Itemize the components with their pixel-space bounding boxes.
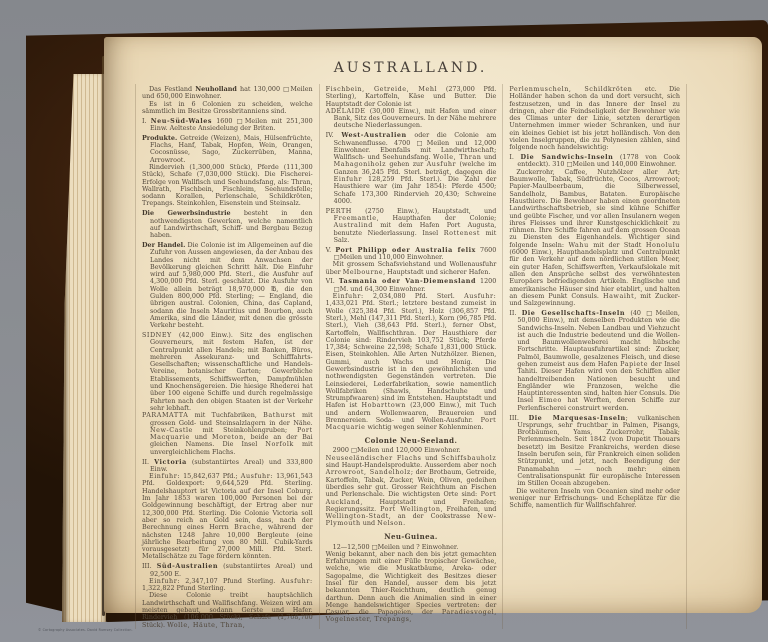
text-paragraph: Diese Colonie treibt hauptsächlich Landw… <box>142 592 313 628</box>
text-paragraph: Einfuhr: 2,034,080 Pfd. Sterl. Ausfuhr: … <box>326 293 497 432</box>
page-title: AUSTRALLAND. <box>135 60 686 76</box>
text-paragraph: I. Neu-Süd-Wales 1600 □Meilen mit 251,30… <box>142 118 313 133</box>
text-paragraph: III. Süd-Australien (substantiirtes Area… <box>142 563 313 578</box>
text-paragraph: PARAMATTA mit Tuchfabriken, Bathurst mit… <box>142 412 313 456</box>
text-column-3: Perlenmuscheln, Schildkröten etc. Die Ho… <box>503 84 687 629</box>
text-paragraph: PERTH (2750 Einw.), Hauptstadt, und Free… <box>326 208 497 244</box>
text-paragraph: Das Festland Neuholland hat 130,000 □Mei… <box>142 86 313 101</box>
text-paragraph: Der Handel. Die Colonie ist im Allgemein… <box>142 242 313 330</box>
text-block: Das Festland Neuholland hat 130,000 □Mei… <box>135 84 687 629</box>
text-paragraph: III. Die Marquesas-Inseln; vulkanischen … <box>509 415 680 488</box>
photo-background: AUSTRALLAND. Das Festland Neuholland hat… <box>0 0 768 642</box>
text-paragraph: ADELAIDE (30,000 Einw.), mit Hafen und e… <box>326 108 497 130</box>
text-paragraph: V. Port Philipp oder Australia felix 760… <box>326 247 497 262</box>
text-paragraph: I. Die Sandwichs-Inseln (1778 von Cook e… <box>509 154 680 169</box>
section-heading: Neu-Guinea. <box>326 533 497 540</box>
text-column-2: Fischbein, Getreide, Mehl (273,000 Pfd. … <box>320 84 504 629</box>
text-column-1: Das Festland Neuholland hat 130,000 □Mei… <box>136 84 320 629</box>
text-paragraph: Produkte. Getreide (Weizen), Mais, Hülse… <box>142 135 313 164</box>
text-paragraph: Einfuhr: 2,347,107 Pfund Sterling. Ausfu… <box>142 578 313 593</box>
text-paragraph: Rindervieh (1,300,000 Stück), Pferde (11… <box>142 164 313 208</box>
text-paragraph: Perlenmuscheln, Schildkröten etc. Die Ho… <box>509 86 680 152</box>
text-paragraph: Die weiteren Inseln von Oceanien sind me… <box>509 488 680 510</box>
section-heading: Colonie Neu-Seeland. <box>326 437 497 444</box>
text-paragraph: II. Die Gesellschafts-Inseln (40 □Meilen… <box>509 310 680 412</box>
text-paragraph: Einfuhr: 15,842,637 Pfd.; Ausfuhr: 13,96… <box>142 473 313 561</box>
text-paragraph: Wenig bekannt, aber nach den bis jetzt g… <box>326 551 497 624</box>
text-paragraph: Die Gewerbsindustrie besteht in den noth… <box>142 210 313 239</box>
text-paragraph: Fischbein, Getreide, Mehl (273,000 Pfd. … <box>326 86 497 108</box>
text-paragraph: SIDNEY (42,000 Einw.). Sitz des englisch… <box>142 332 313 412</box>
text-paragraph: IV. West-Australien oder die Colonie am … <box>326 132 497 205</box>
atlas-page: AUSTRALLAND. Das Festland Neuholland hat… <box>104 37 762 613</box>
text-paragraph: Zuckerrohr, Caffee, Nutzhölzer aller Art… <box>509 169 680 308</box>
copyright-microtext: © Cartography Associates. David Rumsey C… <box>38 628 133 632</box>
text-paragraph: Mit grossem Schafsviehstand und Wollenau… <box>326 261 497 276</box>
text-paragraph: II. Victoria (substantiirtes Areal) und … <box>142 459 313 474</box>
text-paragraph: VI. Tasmania oder Van-Diemensland 1200 □… <box>326 278 497 293</box>
text-paragraph: Neuseeländischer Flachs und Schiffsbauho… <box>326 455 497 528</box>
text-paragraph: Es ist in 6 Colonien zu scheiden, welche… <box>142 101 313 116</box>
